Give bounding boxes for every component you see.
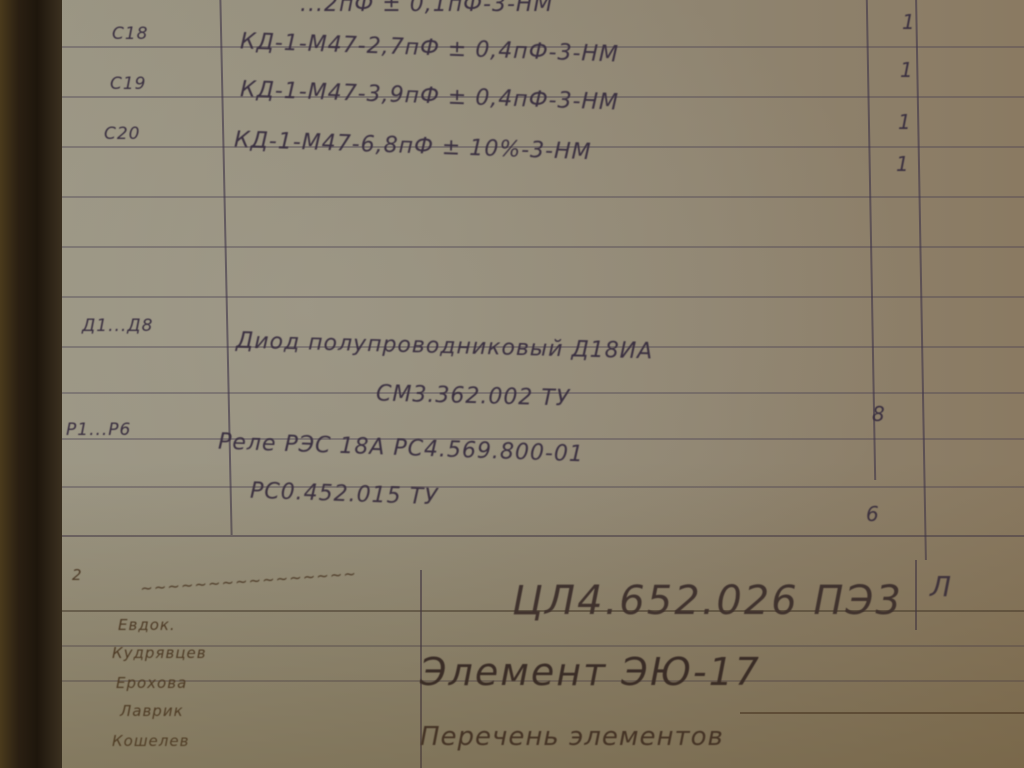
row-reference: С18 xyxy=(112,24,149,44)
signature-scribble: ~~~~~~~~~~~~~~~~ xyxy=(140,564,358,597)
signature-name: Кошелев xyxy=(112,732,189,750)
row-reference: Р1...Р6 xyxy=(66,420,131,440)
signature-name: Лаврик xyxy=(120,702,184,720)
column-divider xyxy=(915,560,917,630)
rule-line xyxy=(55,438,1024,440)
row-quantity: 1 xyxy=(900,58,914,82)
document-photo: ...2пФ ± 0,1пФ-3-НМ 1 С18 КД-1-М47-2,7пФ… xyxy=(0,0,1024,768)
rule-line xyxy=(55,486,1024,488)
row-quantity: 1 xyxy=(896,152,910,176)
rule-line xyxy=(55,246,1024,248)
document-subtitle: Перечень элементов xyxy=(420,722,724,752)
document-code: ЦЛ4.652.026 ПЭ3 xyxy=(512,578,903,624)
row-reference: С19 xyxy=(110,74,147,94)
row-reference: С20 xyxy=(104,124,141,144)
row-quantity: 8 xyxy=(872,402,886,426)
signature-name: Ерохова xyxy=(116,674,187,692)
row-quantity: 1 xyxy=(898,110,912,134)
sheet-letter: Л xyxy=(930,570,952,603)
row-description: КД-1-М47-2,7пФ ± 0,4пФ-3-НМ xyxy=(240,29,620,67)
rule-line xyxy=(55,196,1024,198)
binder-spine xyxy=(0,0,62,768)
document-name: Элемент ЭЮ-17 xyxy=(420,650,761,694)
signature-name: Кудрявцев xyxy=(112,644,207,662)
rule-line xyxy=(55,535,1024,537)
row-description: Реле РЭС 18А РС4.569.800-01 xyxy=(218,430,585,468)
row-reference: Д1...Д8 xyxy=(82,316,153,336)
row-quantity: 1 xyxy=(902,10,916,34)
row-description: КД-1-М47-3,9пФ ± 0,4пФ-3-НМ xyxy=(240,77,620,115)
row-description: КД-1-М47-6,8пФ ± 10%-3-НМ xyxy=(234,128,592,165)
row-description: ...2пФ ± 0,1пФ-3-НМ xyxy=(300,0,553,17)
signature-name: Евдок. xyxy=(118,616,176,634)
row-quantity: 6 xyxy=(866,502,880,526)
rule-line xyxy=(740,712,1024,714)
rule-line xyxy=(55,296,1024,298)
row-description: РС0.452.015 ТУ xyxy=(250,479,439,511)
column-divider xyxy=(915,0,927,560)
row-description: СМ3.362.002 ТУ xyxy=(376,381,571,411)
row-description: Диод полупроводниковый Д18ИА xyxy=(236,329,654,365)
change-number: 2 xyxy=(72,566,83,584)
